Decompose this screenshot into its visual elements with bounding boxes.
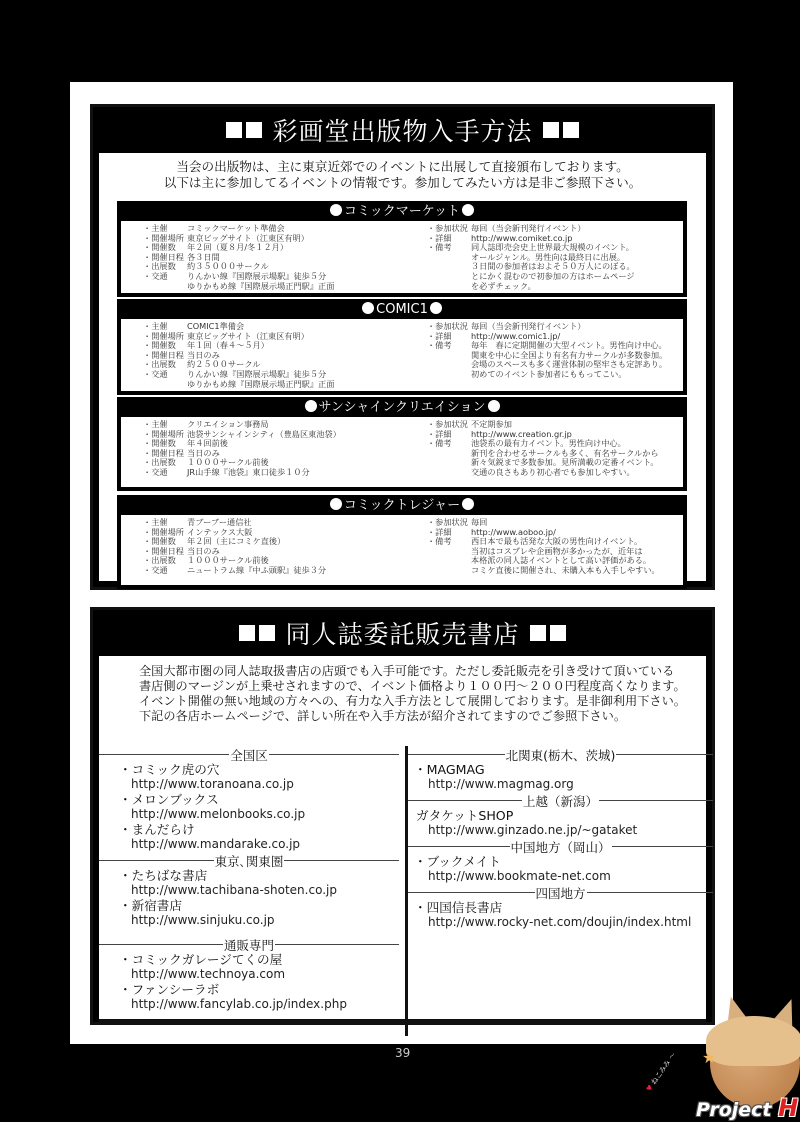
event-card: サンシャインクリエイション主催クリエイション事務局開催場所池袋サンシャインシティ… [117, 397, 687, 491]
detail-value: りんかい線『国際展示場駅』徒歩５分ゆりかもめ線『国際展示場正門駅』正面 [187, 272, 407, 291]
square-icon [543, 122, 559, 138]
intro-line: 以下は主に参加してるイベントの情報です。参加してみたい方は是非ご参照下さい。 [99, 175, 706, 191]
detail-row: 備考同人誌即売会史上世界最大規模のイベント。オールジャンル。男性向は最終日に出展… [427, 243, 683, 291]
acquisition-methods-section: 彩画堂出版物入手方法 当会の出版物は、主に東京近郊でのイベントに出展して直接頒布… [90, 104, 715, 590]
section-title-bar: 彩画堂出版物入手方法 [93, 107, 712, 153]
circle-icon [362, 302, 374, 314]
category-label: 四国地方 [535, 884, 587, 902]
event-details: 主催コミックマーケット準備会開催場所東京ビッグサイト（江東区有明）開催数年２回（… [119, 221, 685, 295]
detail-row: 備考池袋系の最有力イベント。男性向け中心。新刊を合わせるサークルも多く、有名サー… [427, 439, 683, 477]
intro-line: 全国大都市圏の同人誌取扱書店の店頭でも入手可能です。ただし委託販売を引き受けて頂… [139, 664, 706, 679]
shop-category-heading: 全国区 [99, 747, 399, 762]
event-details-left: 主催COMIC1準備会開催場所東京ビッグサイト（江東区有明）開催数年１回（春４～… [121, 322, 407, 389]
shop-name: コミックガレージてくの屋 [99, 952, 399, 967]
detail-row: 開催日程当日のみ [143, 449, 407, 459]
shop-name: まんだらけ [99, 822, 399, 837]
event-name: サンシャインクリエイション [319, 400, 486, 415]
detail-value: りんかい線『国際展示場駅』徒歩５分ゆりかもめ線『国際展示場正門駅』正面 [187, 370, 407, 389]
shop-name: MAGMAG [408, 762, 713, 777]
detail-line: 初めてのイベント参加者にももってこい。 [471, 370, 683, 380]
shop-url-link[interactable]: http://www.toranoana.co.jp [99, 777, 399, 792]
detail-line: 年１回（春４～５月） [187, 341, 407, 351]
event-details: 主催COMIC1準備会開催場所東京ビッグサイト（江東区有明）開催数年１回（春４～… [119, 319, 685, 393]
detail-line: ゆりかもめ線『国際展示場正門駅』正面 [187, 380, 407, 390]
shop-name: コミック虎の穴 [99, 762, 399, 777]
detail-value: 年４回前後 [187, 439, 407, 449]
consignment-shops-section: 同人誌委託販売書店 全国大都市圏の同人誌取扱書店の店頭でも入手可能です。ただし委… [90, 607, 715, 1025]
shop-url-link[interactable]: http://www.bookmate-net.com [408, 869, 713, 884]
category-label: 上越（新潟） [522, 792, 599, 810]
category-label: 通販専門 [223, 936, 275, 954]
shop-category-heading: 中国地方（岡山） [408, 839, 713, 854]
shop-url-link[interactable]: http://www.ginzado.ne.jp/~gataket [408, 823, 713, 838]
detail-row: 開催日程当日のみ [143, 351, 407, 361]
intro-line: 書店側のマージンが上乗せされますので、イベント価格より１００円～２００円程度高く… [139, 679, 706, 694]
square-icon [246, 122, 262, 138]
shop-category-heading: 四国地方 [408, 885, 713, 900]
event-details: 主催クリエイション事務局開催場所池袋サンシャインシティ（豊島区東池袋）開催数年４… [119, 417, 685, 489]
event-details-left: 主催クリエイション事務局開催場所池袋サンシャインシティ（豊島区東池袋）開催数年４… [121, 420, 407, 485]
detail-label: 交通 [143, 370, 187, 389]
shop-name: ガタケットSHOP [408, 808, 713, 823]
event-name: コミックトレジャー [344, 498, 460, 513]
detail-line: 年２回（夏８月/冬１２月） [187, 243, 407, 253]
category-label: 全国区 [229, 746, 269, 764]
circle-icon [462, 498, 474, 510]
detail-row: 開催場所池袋サンシャインシティ（豊島区東池袋） [143, 430, 407, 440]
event-details-left: 主催青ブーブー通信社開催場所インテックス大阪開催数年２回（主にコミケ直後）開催日… [121, 518, 407, 583]
detail-line: JR山手線『池袋』東口徒歩１０分 [187, 468, 407, 478]
detail-row: 備考毎年 春に定期開催の大型イベント。男性向け中心。関東を中心に全国より有名有力… [427, 341, 683, 379]
section-intro: 当会の出版物は、主に東京近郊でのイベントに出展して直接頒布しております。 以下は… [99, 153, 706, 191]
detail-line: 年２回（主にコミケ直後） [187, 537, 407, 547]
shop-name: ブックメイト [408, 854, 713, 869]
circle-icon [330, 204, 342, 216]
circle-icon [488, 400, 500, 412]
detail-label: 備考 [427, 439, 471, 477]
detail-line: コミケ直後に開催され、未購入本も入手しやすい。 [471, 566, 683, 576]
detail-row: 開催場所東京ビッグサイト（江東区有明） [143, 332, 407, 342]
circle-icon [430, 302, 442, 314]
detail-label: 備考 [427, 243, 471, 291]
intro-line: 当会の出版物は、主に東京近郊でのイベントに出展して直接頒布しております。 [99, 159, 706, 175]
category-label: 中国地方（岡山） [510, 838, 612, 856]
detail-label: 備考 [427, 537, 471, 575]
shop-directory: 全国区コミック虎の穴http://www.toranoana.co.jpメロンブ… [99, 746, 706, 1019]
detail-line: ニュートラム線『中ふ頭駅』徒歩３分 [187, 566, 407, 576]
intro-line: イベント開催の無い地域の方々への、有力な入手方法として展開しております。是非御利… [139, 694, 706, 709]
circle-icon [330, 498, 342, 510]
shop-url-link[interactable]: http://www.mandarake.co.jp [99, 837, 399, 852]
detail-label: 備考 [427, 341, 471, 379]
detail-value: 池袋系の最有力イベント。男性向け中心。新刊を合わせるサークルも多く、有名サークル… [471, 439, 683, 477]
star-icon: ★ [702, 1048, 716, 1067]
detail-value: 年２回（主にコミケ直後） [187, 537, 407, 547]
page-number: 39 [395, 1046, 410, 1060]
shop-url-link[interactable]: http://www.magmag.org [408, 777, 713, 792]
square-icon [530, 625, 546, 641]
project-logo: Project H 2nd [696, 1094, 800, 1122]
detail-row: 交通りんかい線『国際展示場駅』徒歩５分ゆりかもめ線『国際展示場正門駅』正面 [143, 370, 407, 389]
shop-category-heading: 上越（新潟） [408, 793, 713, 808]
shop-name: たちばな書店 [99, 868, 399, 883]
event-details: 主催青ブーブー通信社開催場所インテックス大阪開催数年２回（主にコミケ直後）開催日… [119, 515, 685, 587]
detail-row: 開催日程当日のみ [143, 547, 407, 557]
shop-url-link[interactable]: http://www.fancylab.co.jp/index.php [99, 997, 399, 1012]
section-body: 全国大都市圏の同人誌取扱書店の店頭でも入手可能です。ただし委託販売を引き受けて頂… [99, 656, 706, 1022]
character-hair [706, 1016, 800, 1066]
event-title: サンシャインクリエイション [119, 399, 685, 417]
square-icon [550, 625, 566, 641]
detail-value: 年２回（夏８月/冬１２月） [187, 243, 407, 253]
section-title: 彩画堂出版物入手方法 [272, 112, 532, 148]
category-label: 北関東(栃木、茨城) [505, 746, 617, 764]
detail-label: 交通 [143, 272, 187, 291]
intro-line: 下記の各店ホームページで、詳しい所在や入手方法が紹介されてますのでご参照下さい。 [139, 709, 706, 724]
shop-column-right: 北関東(栃木、茨城)MAGMAGhttp://www.magmag.org上越（… [405, 746, 713, 1036]
event-details-right: 参加状況毎回（当会新刊発行イベント）詳細http://www.comic1.jp… [407, 322, 683, 389]
square-icon [226, 122, 242, 138]
detail-value: JR山手線『池袋』東口徒歩１０分 [187, 468, 407, 478]
detail-value: 同人誌即売会史上世界最大規模のイベント。オールジャンル。男性向は最終日に出展。３… [471, 243, 683, 291]
circle-icon [305, 400, 317, 412]
event-details-right: 参加状況不定期参加詳細http://www.creation.gr.jp備考池袋… [407, 420, 683, 485]
event-title: コミックトレジャー [119, 497, 685, 515]
detail-line: を必ずチェック。 [471, 282, 683, 292]
square-icon [563, 122, 579, 138]
shop-name: 四国信長書店 [408, 900, 713, 915]
shop-name: 新宿書店 [99, 898, 399, 913]
detail-label: 交通 [143, 468, 187, 478]
mascot-illustration: ★ ♥ ねこみみ ～ Project H 2nd [640, 998, 800, 1122]
circle-icon [462, 204, 474, 216]
shop-url-link[interactable]: http://www.tachibana-shoten.co.jp [99, 883, 399, 898]
detail-row: 備考西日本で最も活発な大阪の男性向けイベント。当初はコスプレや企画物が多かったが… [427, 537, 683, 575]
shop-url-link[interactable]: http://www.rocky-net.com/doujin/index.ht… [408, 915, 713, 930]
detail-row: 交通JR山手線『池袋』東口徒歩１０分 [143, 468, 407, 478]
event-title: コミックマーケット [119, 203, 685, 221]
event-name: コミックマーケット [344, 204, 460, 219]
detail-line: 交通の良さもあり初心者でも参加しやすい。 [471, 468, 683, 478]
event-details-right: 参加状況毎回（当会新刊発行イベント）詳細http://www.comiket.c… [407, 224, 683, 291]
category-label: 東京､関東圏 [214, 852, 285, 870]
detail-line: 年４回前後 [187, 439, 407, 449]
shop-url-link[interactable]: http://www.sinjuku.co.jp [99, 913, 399, 928]
shop-column-left: 全国区コミック虎の穴http://www.toranoana.co.jpメロンブ… [99, 746, 399, 1012]
event-name: COMIC1 [376, 302, 428, 317]
detail-value: 年１回（春４～５月） [187, 341, 407, 351]
event-details-left: 主催コミックマーケット準備会開催場所東京ビッグサイト（江東区有明）開催数年２回（… [121, 224, 407, 291]
section-title: 同人誌委託販売書店 [285, 615, 519, 651]
arc-caption: ♥ ねこみみ ～ [644, 1051, 678, 1094]
detail-row: 開催日程各３日間 [143, 253, 407, 263]
shop-category-heading: 東京､関東圏 [99, 853, 399, 868]
detail-label: 交通 [143, 566, 187, 576]
event-card: コミックトレジャー主催青ブーブー通信社開催場所インテックス大阪開催数年２回（主に… [117, 495, 687, 589]
event-details-right: 参加状況毎回詳細http://www.aoboo.jp/備考西日本で最も活発な大… [407, 518, 683, 583]
section-title-bar: 同人誌委託販売書店 [93, 610, 712, 656]
detail-row: 交通ニュートラム線『中ふ頭駅』徒歩３分 [143, 566, 407, 576]
shop-name: ファンシーラボ [99, 982, 399, 997]
shop-category-heading: 北関東(栃木、茨城) [408, 747, 713, 762]
event-card: コミックマーケット主催コミックマーケット準備会開催場所東京ビッグサイト（江東区有… [117, 201, 687, 297]
square-icon [259, 625, 275, 641]
section-intro: 全国大都市圏の同人誌取扱書店の店頭でも入手可能です。ただし委託販売を引き受けて頂… [99, 656, 706, 724]
page: 彩画堂出版物入手方法 当会の出版物は、主に東京近郊でのイベントに出展して直接頒布… [70, 82, 733, 1044]
detail-value: ニュートラム線『中ふ頭駅』徒歩３分 [187, 566, 407, 576]
detail-line: ゆりかもめ線『国際展示場正門駅』正面 [187, 282, 407, 292]
detail-row: 交通りんかい線『国際展示場駅』徒歩５分ゆりかもめ線『国際展示場正門駅』正面 [143, 272, 407, 291]
event-card: COMIC1主催COMIC1準備会開催場所東京ビッグサイト（江東区有明）開催数年… [117, 299, 687, 395]
shop-category-heading: 通販専門 [99, 937, 399, 952]
square-icon [239, 625, 255, 641]
shop-url-link[interactable]: http://www.technoya.com [99, 967, 399, 982]
event-title: COMIC1 [119, 301, 685, 319]
shop-name: メロンブックス [99, 792, 399, 807]
detail-value: 毎年 春に定期開催の大型イベント。男性向け中心。関東を中心に全国より有名有力サー… [471, 341, 683, 379]
shop-url-link[interactable]: http://www.melonbooks.co.jp [99, 807, 399, 822]
section-body: 当会の出版物は、主に東京近郊でのイベントに出展して直接頒布しております。 以下は… [99, 153, 706, 581]
detail-value: 西日本で最も活発な大阪の男性向けイベント。当初はコスプレや企画物が多かったが、近… [471, 537, 683, 575]
